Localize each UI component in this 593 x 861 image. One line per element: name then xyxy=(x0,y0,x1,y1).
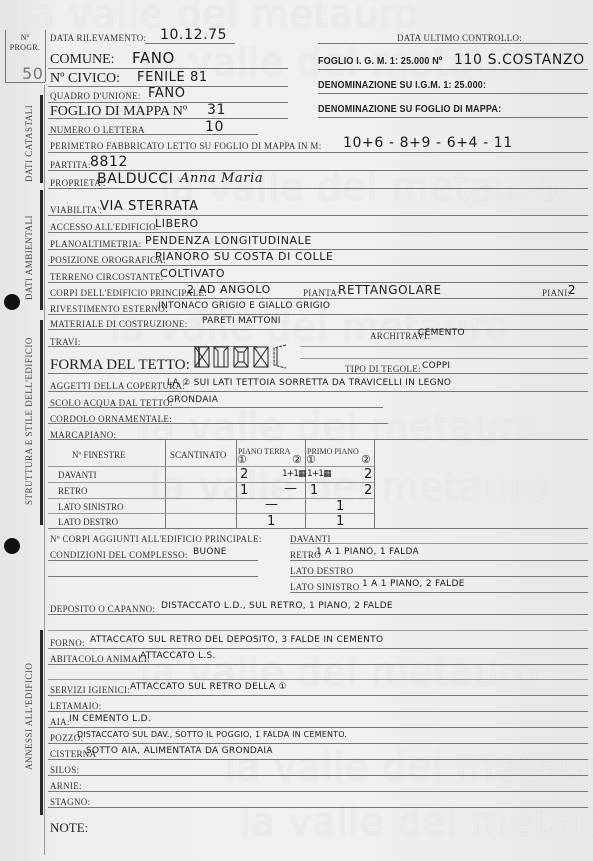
partita-label: PARTITA: xyxy=(50,160,91,170)
table-header: SCANTINATO xyxy=(170,450,226,460)
corpi-underline xyxy=(48,298,588,299)
aia-value[interactable]: IN CEMENTO L.D. xyxy=(69,714,151,724)
rivestimento-underline xyxy=(48,314,588,315)
survey-form-page: la valle del metauro la valle del metaur… xyxy=(0,0,593,861)
materiale-underline xyxy=(48,329,588,330)
accesso-label: ACCESSO ALL'EDIFICIO: xyxy=(50,222,159,232)
aggetti-underline xyxy=(48,391,588,392)
marcapiano-underline xyxy=(48,439,588,440)
arnie-label: ARNIE: xyxy=(50,781,82,791)
deposito-underline xyxy=(48,614,588,615)
architravi-underline xyxy=(300,346,588,347)
cell-value[interactable]: — xyxy=(265,497,279,512)
architravi-value[interactable]: CEMENTO xyxy=(418,328,465,338)
planoaltimetria-label: PLANOALTIMETRIA: xyxy=(50,239,141,249)
civico-label: Nº CIVICO: xyxy=(50,71,120,87)
condizioni-label: CONDIZIONI DEL COMPLESSO: xyxy=(50,550,188,560)
cell-value-scribbled[interactable]: 1+1▦ xyxy=(307,469,331,479)
aggetti-value[interactable]: LA ② SUI LATI TETTOIA SORRETTA DA TRAVIC… xyxy=(167,378,451,388)
letamaio-underline xyxy=(48,711,588,712)
den-foglio-label: DENOMINAZIONE SU FOGLIO DI MAPPA: xyxy=(318,104,501,115)
viabilita-label: VIABILITA': xyxy=(50,205,102,215)
section-bar-catastali xyxy=(40,95,43,183)
deposito-label: DEPOSITO o CAPANNO: xyxy=(50,604,155,614)
cisterna-value[interactable]: SOTTO AIA, ALIMENTATA DA GRONDAIA xyxy=(86,746,273,756)
forma-tetto-label: FORMA DEL TETTO: xyxy=(50,357,190,374)
den-igm-label: DENOMINAZIONE SU I.G.M. 1: 25.000: xyxy=(318,80,486,91)
den-foglio-underline xyxy=(318,117,588,118)
foglio-value[interactable]: 31 xyxy=(207,102,226,118)
sub-col-1: ① xyxy=(306,453,316,466)
letamaio-label: LETAMAIO: xyxy=(50,701,101,711)
aia-underline xyxy=(48,727,588,728)
terreno-underline xyxy=(48,282,588,283)
numero-value[interactable]: 10 xyxy=(205,119,224,135)
abitacolo-value[interactable]: ATTACCATO L.S. xyxy=(140,651,216,661)
progr-value: 50 xyxy=(22,64,44,83)
pianta-label: PIANTA: xyxy=(303,288,340,298)
scolo-underline xyxy=(48,407,383,408)
aia-label: AIA: xyxy=(50,717,70,727)
roof-shapes-icon xyxy=(193,343,298,371)
perimetro-value[interactable]: 10+6 - 8+9 - 6+4 - 11 xyxy=(343,135,513,151)
sub-col-1: ① xyxy=(237,453,247,466)
watermark: la valle del metauro xyxy=(225,745,593,789)
terreno-value[interactable]: COLTIVATO xyxy=(160,267,225,280)
proprieta-value[interactable]: BALDUCCI xyxy=(97,171,174,187)
piani-label: PIANI: xyxy=(542,288,570,298)
condizioni-value[interactable]: BUONE xyxy=(193,547,227,557)
section-label-catastali: DATI CATASTALI xyxy=(24,105,34,182)
silos-underline xyxy=(48,775,588,776)
igm-value[interactable]: 110 S.COSTANZO xyxy=(454,52,585,68)
section-bar-ambientali xyxy=(40,190,43,310)
cisterna-underline xyxy=(48,759,588,760)
posizione-label: POSIZIONE OROGRAFICA: xyxy=(50,255,166,265)
igm-underline xyxy=(318,69,588,70)
corpi-davanti-underline xyxy=(290,543,588,544)
data-rilevamento-value[interactable]: 10.12.75 xyxy=(160,27,227,43)
rivestimento-label: RIVESTIMENTO ESTERNO: xyxy=(50,304,168,314)
forma-underline xyxy=(48,373,588,374)
pianta-value[interactable]: RETTANGOLARE xyxy=(338,283,442,297)
corpi-aggiunti-label: Nº CORPI AGGIUNTI ALL'EDIFICIO PRINCIPAL… xyxy=(50,534,262,544)
punch-hole xyxy=(4,294,20,310)
abitacolo-underline xyxy=(48,664,588,665)
comune-value[interactable]: FANO xyxy=(132,49,175,67)
cordolo-underline xyxy=(48,423,388,424)
comune-underline xyxy=(48,68,288,69)
planoaltimetria-value[interactable]: PENDENZA LONGITUDINALE xyxy=(145,234,312,247)
corpi-retro-value[interactable]: 1 A 1 PIANO, 1 FALDA xyxy=(316,547,419,557)
perimetro-underline xyxy=(48,152,588,153)
forma-extra-line xyxy=(300,358,588,359)
table-col-divider xyxy=(374,440,375,528)
header-right-line xyxy=(318,43,588,44)
corpi-lato-destro-underline xyxy=(290,576,588,577)
cell-value[interactable]: 1 xyxy=(240,483,249,498)
corpi-value[interactable]: 2 AD ANGOLO xyxy=(187,283,271,296)
margin-line xyxy=(44,85,45,855)
servizi-value[interactable]: ATTACCATO SUL RETRO DELLA ① xyxy=(130,682,287,692)
cell-value[interactable]: 1 xyxy=(336,514,345,529)
quadro-value[interactable]: FANO xyxy=(148,86,186,101)
section-label-annessi: ANNESSI ALL'EDIFICIO xyxy=(24,663,34,770)
corpi-lato-destro-label: LATO DESTRO xyxy=(290,566,353,576)
note-label: NOTE: xyxy=(50,820,88,836)
corpi-lato-sinistro-label: LATO SINISTRO xyxy=(290,582,360,592)
piani-value[interactable]: 2 xyxy=(568,283,576,297)
viabilita-underline xyxy=(48,215,588,216)
table-header: Nº FINESTRE xyxy=(72,450,126,460)
tegole-value[interactable]: COPPI xyxy=(422,361,450,371)
corpi-lato-sinistro-underline xyxy=(290,592,588,593)
sub-col-2: ② xyxy=(361,453,371,466)
data-rilevamento-label: DATA RILEVAMENTO: xyxy=(50,33,146,43)
quadro-underline xyxy=(48,102,288,103)
section-bar-annessi xyxy=(40,630,43,815)
pozzo-underline xyxy=(48,743,588,744)
stagno-label: STAGNO: xyxy=(50,797,90,807)
cell-value[interactable]: 2 xyxy=(364,483,373,498)
cell-value[interactable]: 2 xyxy=(364,467,373,482)
data-rilevamento-underline xyxy=(145,43,235,44)
table-col-divider xyxy=(165,440,166,528)
condizioni-underline xyxy=(48,560,258,561)
forno-value[interactable]: ATTACCATO SUL RETRO DEL DEPOSITO, 3 FALD… xyxy=(90,635,383,645)
corpi-label: CORPI DELL'EDIFICIO PRINCIPALE: xyxy=(50,288,207,298)
blank-line xyxy=(48,630,588,631)
corpi-lato-sinistro-value[interactable]: 1 A 1 PIANO, 2 FALDE xyxy=(362,579,465,589)
section-bar-struttura xyxy=(40,320,43,525)
cell-value[interactable]: — xyxy=(284,481,298,496)
section-label-ambientali: DATI AMBIENTALI xyxy=(24,215,34,300)
abitacolo-label: ABITACOLO ANIMALI: xyxy=(50,654,150,664)
igm-label: FOGLIO I. G. M. 1: 25.000 Nº xyxy=(318,56,442,67)
proprieta-value-name[interactable]: Anna Maria xyxy=(180,171,263,186)
cell-value[interactable]: 1 xyxy=(267,514,276,529)
blank-line xyxy=(48,679,588,680)
condizioni-extra-line xyxy=(48,576,258,577)
partita-value[interactable]: 8812 xyxy=(90,154,128,170)
progr-label: Nº PROGR. xyxy=(7,33,43,53)
posizione-value[interactable]: PIANORO SU COSTA DI COLLE xyxy=(155,250,334,263)
progr-box-divider xyxy=(45,30,46,82)
forno-underline xyxy=(48,648,588,649)
table-row-line xyxy=(48,482,374,483)
perimetro-label: PERIMETRO FABBRICATO LETTO SU FOGLIO DI … xyxy=(50,141,322,151)
terreno-label: TERRENO CIRCOSTANTE: xyxy=(50,272,164,282)
accesso-value[interactable]: LIBERO xyxy=(155,217,199,230)
numero-underline xyxy=(48,134,258,135)
civico-value[interactable]: FENILE 81 xyxy=(137,70,208,85)
row-label: RETRO xyxy=(58,486,88,496)
row-label: LATO SINISTRO xyxy=(58,502,124,512)
posizione-underline xyxy=(48,265,588,266)
table-row-line xyxy=(48,466,374,467)
silos-label: SILOS: xyxy=(50,765,79,775)
cell-value[interactable]: 2 xyxy=(240,467,249,482)
watermark: la valle del metauro xyxy=(140,405,539,449)
corpi-retro-underline xyxy=(290,560,588,561)
cell-value[interactable]: 1 xyxy=(336,499,345,514)
row-label: LATO DESTRO xyxy=(58,517,118,527)
materiale-value[interactable]: PARETI MATTONI xyxy=(202,316,281,326)
table-row-line xyxy=(48,513,374,514)
cell-value[interactable]: 1 xyxy=(310,483,319,498)
section-label-struttura: STRUTTURA E STILE DELL'EDIFICIO xyxy=(24,337,34,505)
table-row-line xyxy=(48,498,374,499)
proprieta-underline xyxy=(48,188,588,189)
quadro-label: QUADRO D'UNIONE: xyxy=(50,91,141,101)
servizi-underline xyxy=(48,695,588,696)
servizi-label: SERVIZI IGIENICI: xyxy=(50,685,130,695)
den-igm-underline xyxy=(318,93,588,94)
scolo-value[interactable]: GRONDAIA xyxy=(167,395,218,405)
forno-label: FORNO: xyxy=(50,638,85,648)
pozzo-value[interactable]: DISTACCATO SUL DAV., SOTTO IL POGGIO, 1 … xyxy=(77,730,347,739)
cell-value-scribbled[interactable]: 1+1▦ xyxy=(282,469,306,479)
data-ultimo-controllo-label: DATA ULTIMO CONTROLLO: xyxy=(397,33,522,43)
viabilita-value[interactable]: VIA STERRATA xyxy=(100,199,199,214)
foglio-underline xyxy=(48,118,288,119)
accesso-underline xyxy=(48,232,588,233)
materiale-label: MATERIALE DI COSTRUZIONE: xyxy=(50,319,188,329)
aggetti-label: AGGETTI DELLA COPERTURA: xyxy=(50,381,185,391)
row-label: DAVANTI xyxy=(58,470,97,480)
deposito-value[interactable]: DISTACCATO L.D., SUL RETRO, 1 PIANO, 2 F… xyxy=(161,601,393,611)
stagno-underline xyxy=(48,807,588,808)
progr-box-border xyxy=(5,30,6,82)
sub-col-2: ② xyxy=(292,453,302,466)
watermark: la valle del metauro xyxy=(150,465,549,509)
arnie-underline xyxy=(48,791,588,792)
table-bottom-line xyxy=(48,528,588,529)
rivestimento-value[interactable]: INTONACO GRIGIO E GIALLO GRIGIO xyxy=(158,301,330,311)
punch-hole xyxy=(4,538,20,554)
comune-label: COMUNE: xyxy=(50,52,115,68)
